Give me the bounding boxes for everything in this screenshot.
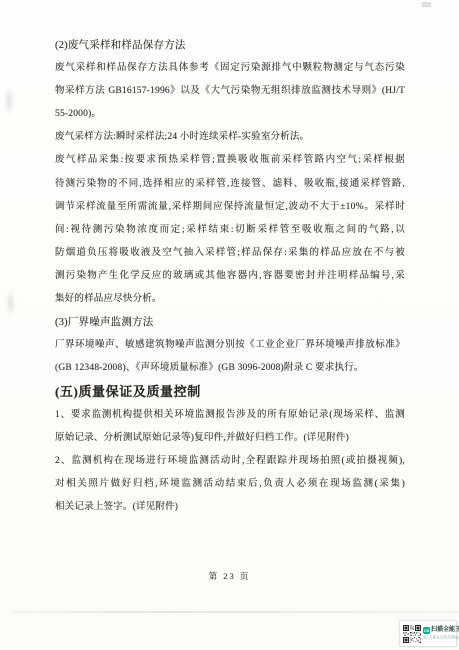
- section-heading-five: (五)质量保证及质量控制: [55, 380, 405, 403]
- qr-code-icon: [403, 625, 421, 643]
- document-text: (2)废气采样和样品保存方法 废气采样和样品保存方法具体参考《固定污染源排气中颗…: [55, 34, 405, 519]
- scan-smudge: [6, 290, 15, 316]
- text-line: 物采样方法 GB16157-1996》以及《大气污染物无组织排放监测技术导则》(…: [55, 80, 405, 103]
- section-heading-2: (2)废气采样和样品保存方法: [55, 34, 405, 57]
- text-line: 原始记录、分析测试原始记录等)复印件,并做好归档工作。(详见附件): [55, 427, 405, 450]
- camscanner-logo-icon: CS: [423, 627, 430, 634]
- text-line: 相关记录上签字。(详见附件): [55, 496, 405, 519]
- scan-smudge: [4, 86, 14, 116]
- text-line: 集好的样品应尽快分析。: [55, 288, 405, 311]
- text-line: 调节采样流量至所需流量,采样期间应保持流量恒定,波动不大于±10%。采样时: [55, 196, 405, 219]
- camscanner-tagline: 3亿人都在用的扫描App: [423, 636, 442, 640]
- text-line: 待测污染物的不同,选择相应的采样管,连接管、滤料、吸收瓶,接通采样管路,: [55, 173, 405, 196]
- text-line: 厂界环境噪声、敏感建筑物噪声监测分别按《工业企业厂界环境噪声排放标准》: [55, 334, 405, 357]
- scan-speck: [422, 2, 431, 7]
- scan-edge-line: [13, 611, 459, 613]
- text-line: 对相关照片做好归档,环境监测活动结束后,负责人必须在现场监测(采集): [55, 473, 405, 496]
- text-line: (GB 12348-2008)、《声环境质量标准》(GB 3096-2008)附…: [55, 357, 405, 380]
- section-heading-3: (3)厂界噪声监测方法: [55, 311, 405, 334]
- text-line: 防烟道负压将吸收液及空气抽入采样管;样品保存:采集的样品应放在不与被: [55, 242, 405, 265]
- text-line: 废气样品采集:按要求预热采样管;置换吸收瓶前采样管路内空气;采样根据: [55, 149, 405, 172]
- text-line: 1、要求监测机构提供相关环境监测报告涉及的所有原始记录(现场采样、监测: [55, 404, 405, 427]
- text-line: 55-2000)。: [55, 103, 405, 126]
- text-line: 间:视待测污染物浓度而定;采样结束:切断采样管至吸收瓶之间的气路,以: [55, 219, 405, 242]
- camscanner-watermark: CS 扫描全能王 3亿人都在用的扫描App: [399, 620, 457, 647]
- page-number: 第 23 页: [0, 570, 459, 582]
- scanned-page: (2)废气采样和样品保存方法 废气采样和样品保存方法具体参考《固定污染源排气中颗…: [0, 0, 459, 650]
- text-line: 2、监测机构在现场进行环境监测活动时,全程跟踪并现场拍照(或拍摄视频),: [55, 450, 405, 473]
- text-line: 废气采样方法:瞬时采样法;24 小时连续采样-实验室分析法。: [55, 126, 405, 149]
- camscanner-app-name: 扫描全能王: [431, 627, 459, 634]
- text-line: 废气采样和样品保存方法具体参考《固定污染源排气中颗粒物测定与气态污染: [55, 57, 405, 80]
- text-line: 测污染物产生化学反应的玻璃或其他容器内,容器要密封并注明样品编号,采: [55, 265, 405, 288]
